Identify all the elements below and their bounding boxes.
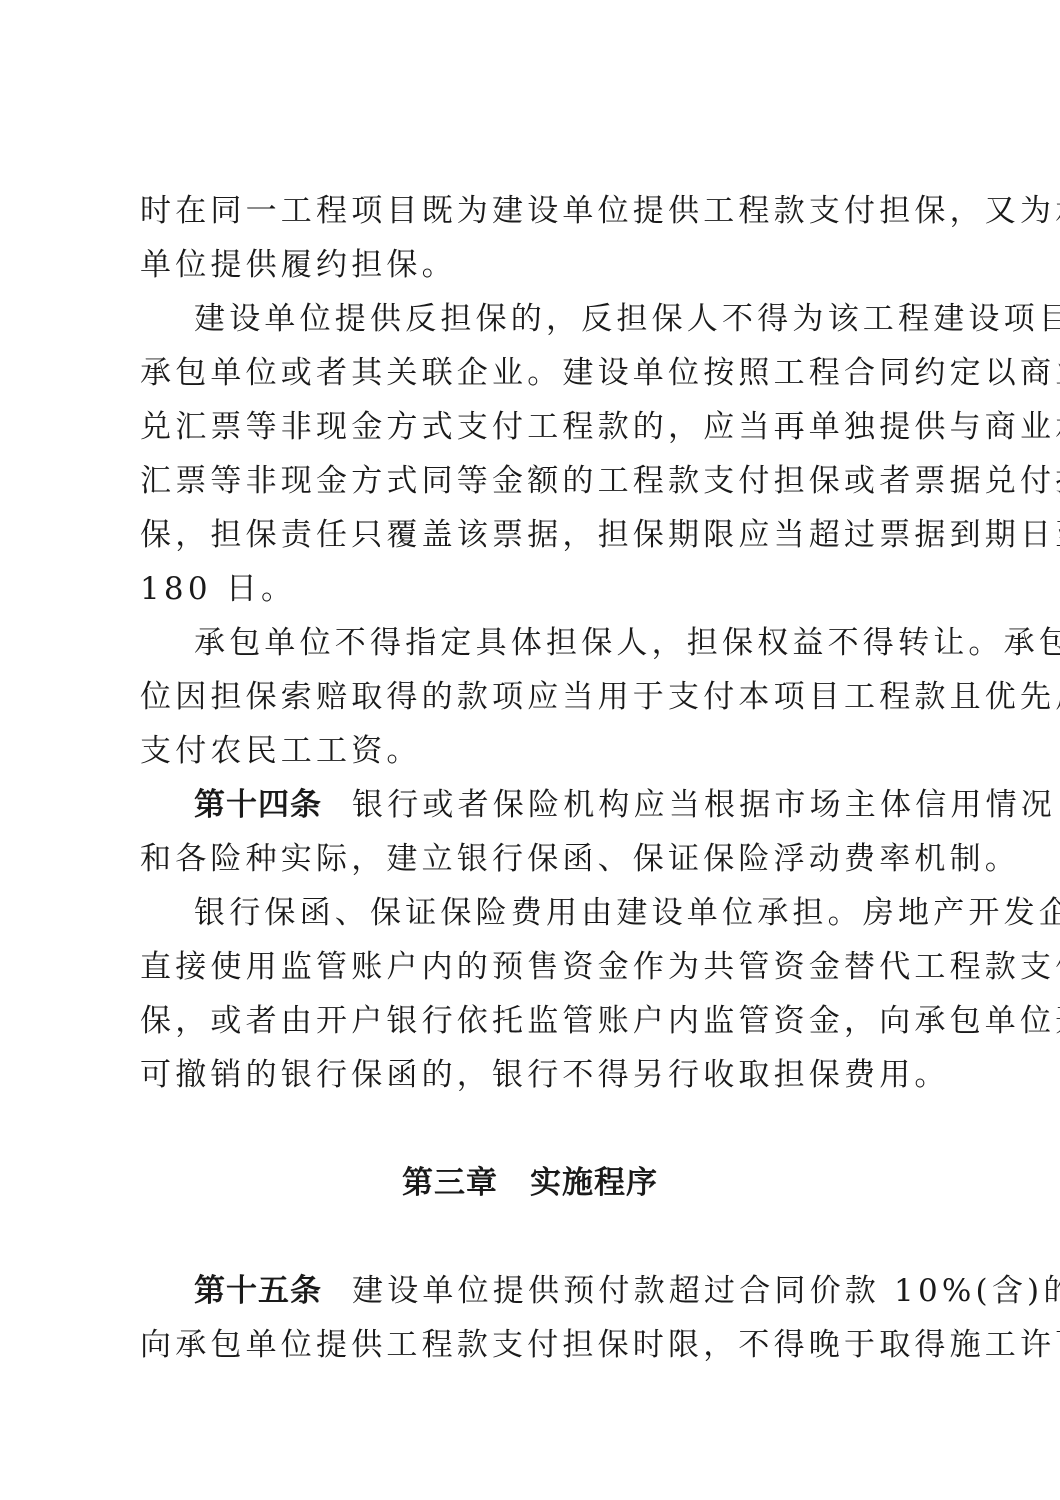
- text-line: 汇票等非现金方式同等金额的工程款支付担保或者票据兑付担: [140, 454, 920, 508]
- text-line: 和各险种实际，建立银行保函、保证保险浮动费率机制。: [140, 832, 920, 886]
- text-line: 承包单位不得指定具体担保人，担保权益不得转让。承包单: [140, 616, 920, 670]
- article-text: 银行或者保险机构应当根据市场主体信用情况: [352, 787, 1056, 823]
- article-15: 第十五条建设单位提供预付款超过合同价款 10%(含)的， 向承包单位提供工程款支…: [140, 1264, 920, 1372]
- paragraph-continuation: 时在同一工程项目既为建设单位提供工程款支付担保，又为承包 单位提供履约担保。: [140, 184, 920, 292]
- text-line: 支付农民工工资。: [140, 724, 920, 778]
- text-line: 单位提供履约担保。: [140, 238, 920, 292]
- text-line: 保，担保责任只覆盖该票据，担保期限应当超过票据到期日至少: [140, 508, 920, 562]
- article-text: 建设单位提供预付款超过合同价款 10%(含)的，: [352, 1273, 1060, 1309]
- text-line: 建设单位提供反担保的，反担保人不得为该工程建设项目的: [140, 292, 920, 346]
- article-title: 第十五条: [194, 1273, 322, 1309]
- text-line: 兑汇票等非现金方式支付工程款的，应当再单独提供与商业承兑: [140, 400, 920, 454]
- text-line: 保，或者由开户银行依托监管账户内监管资金，向承包单位开具不: [140, 994, 920, 1048]
- document-page: 时在同一工程项目既为建设单位提供工程款支付担保，又为承包 单位提供履约担保。 建…: [140, 184, 920, 1372]
- text-line: 可撤销的银行保函的，银行不得另行收取担保费用。: [140, 1048, 920, 1102]
- text-line: 银行保函、保证保险费用由建设单位承担。房地产开发企业: [140, 886, 920, 940]
- paragraph-guarantor-restriction: 承包单位不得指定具体担保人，担保权益不得转让。承包单 位因担保索赔取得的款项应当…: [140, 616, 920, 778]
- text-line: 向承包单位提供工程款支付担保时限，不得晚于取得施工许可证: [140, 1318, 920, 1372]
- text-line: 直接使用监管账户内的预售资金作为共管资金替代工程款支付担: [140, 940, 920, 994]
- text-line: 承包单位或者其关联企业。建设单位按照工程合同约定以商业承: [140, 346, 920, 400]
- text-line: 时在同一工程项目既为建设单位提供工程款支付担保，又为承包: [140, 184, 920, 238]
- paragraph-guarantee-fees: 银行保函、保证保险费用由建设单位承担。房地产开发企业 直接使用监管账户内的预售资…: [140, 886, 920, 1102]
- article-14: 第十四条银行或者保险机构应当根据市场主体信用情况 和各险种实际，建立银行保函、保…: [140, 778, 920, 886]
- text-line: 第十五条建设单位提供预付款超过合同价款 10%(含)的，: [140, 1264, 920, 1318]
- text-line: 180 日。: [140, 562, 920, 616]
- chapter-heading: 第三章 实施程序: [140, 1156, 920, 1210]
- paragraph-counter-guarantee: 建设单位提供反担保的，反担保人不得为该工程建设项目的 承包单位或者其关联企业。建…: [140, 292, 920, 616]
- article-title: 第十四条: [194, 787, 322, 823]
- text-line: 第十四条银行或者保险机构应当根据市场主体信用情况: [140, 778, 920, 832]
- text-line: 位因担保索赔取得的款项应当用于支付本项目工程款且优先用于: [140, 670, 920, 724]
